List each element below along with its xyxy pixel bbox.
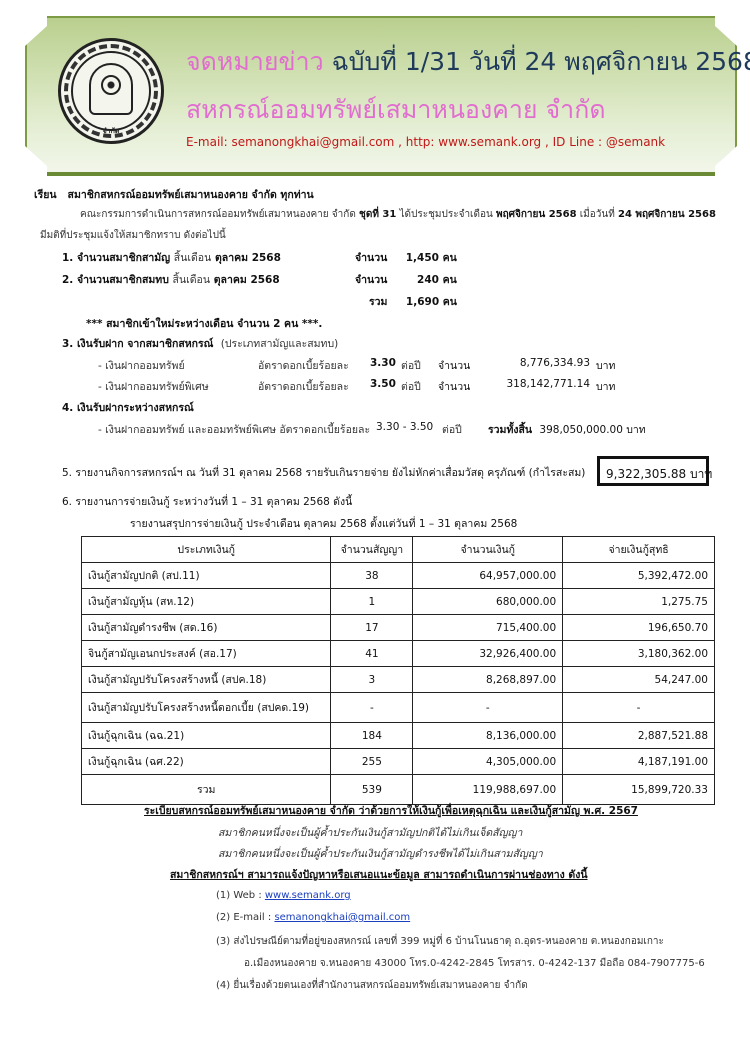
table-row: เงินกู้ฉุกเฉิน (ฉศ.22)2554,305,000.004,1…	[82, 749, 715, 775]
greeting: เรียน สมาชิกสหกรณ์ออมทรัพย์เสมาหนองคาย จ…	[34, 186, 314, 203]
net-paid-cell: 5,392,472.00	[563, 563, 715, 589]
table-row: เงินกู้สามัญดำรงชีพ (สด.16)17715,400.001…	[82, 615, 715, 641]
net-paid-cell: 1,275.75	[563, 589, 715, 615]
loan-type-cell: เงินกู้สามัญหุ้น (สห.12)	[82, 589, 331, 615]
loan-amount-cell: 32,926,400.00	[413, 641, 563, 667]
meeting-date: 24 พฤศจิกายน 2568	[618, 209, 716, 220]
contracts-cell: -	[331, 693, 413, 723]
column-header-loan-type: ประเภทเงินกู้	[82, 537, 331, 563]
inter-coop-total: รวมทั้งสิ้น 398,050,000.00 บาท	[488, 421, 646, 438]
count-value: 1,450	[391, 252, 439, 264]
loan-amount-cell: 8,268,897.00	[413, 667, 563, 693]
operating-report: 5. รายงานกิจการสหกรณ์ฯ ณ วันที่ 31 ตุลาค…	[62, 464, 585, 481]
intro-line-2: มีมติที่ประชุมแจ้งให้สมาชิกทราบ ดังต่อไป…	[40, 228, 226, 243]
intro-text: คณะกรรมการดำเนินการสหกรณ์ออมทรัพย์เสมาหน…	[80, 209, 356, 220]
total-label: รวม	[82, 775, 331, 805]
total-value: 1,690	[391, 296, 439, 308]
website-link[interactable]: www.semank.org	[265, 890, 351, 901]
title-prefix: จดหมายข่าว	[186, 47, 324, 76]
count-unit: คน	[443, 274, 457, 286]
loan-type-cell: เงินกู้ฉุกเฉิน (ฉศ.22)	[82, 749, 331, 775]
contracts-cell: 3	[331, 667, 413, 693]
contracts-cell: 38	[331, 563, 413, 589]
loan-amount-cell: 8,136,000.00	[413, 723, 563, 749]
net-paid-cell: 2,887,521.88	[563, 723, 715, 749]
intro-line-1: คณะกรรมการดำเนินการสหกรณ์ออมทรัพย์เสมาหน…	[80, 207, 716, 222]
member-label: 1. จำนวนสมาชิกสามัญ	[62, 252, 170, 264]
greeting-label: เรียน	[34, 189, 57, 201]
total-contracts: 539	[331, 775, 413, 805]
regulation-item: สมาชิกคนหนึ่งจะเป็นผู้ค้ำประกันเงินกู้สา…	[218, 845, 543, 862]
member-row-associate: 2. จำนวนสมาชิกสมทบ สิ้นเดือน ตุลาคม 2568	[62, 271, 280, 288]
member-count-regular: จำนวน 1,450 คน	[355, 249, 457, 266]
total-unit: คน	[443, 296, 457, 308]
inter-coop-heading: 4. เงินรับฝากระหว่างสหกรณ์	[62, 399, 194, 416]
accumulated-profit-box: 9,322,305.88 บาท	[597, 456, 709, 486]
contact-line: E-mail: semanongkhai@gmail.com , http: w…	[186, 135, 665, 149]
contracts-cell: 255	[331, 749, 413, 775]
loan-amount-cell: 715,400.00	[413, 615, 563, 641]
table-row: เงินกู้สามัญหุ้น (สห.12)1680,000.001,275…	[82, 589, 715, 615]
deposit-per-year: ต่อปี	[401, 357, 421, 374]
column-header-net-paid: จ่ายเงินกู้สุทธิ	[563, 537, 715, 563]
inter-coop-rate: 3.30 - 3.50	[376, 421, 433, 433]
deposit-amount-label: จำนวน	[438, 378, 470, 395]
loan-type-cell: จินกู้สามัญเอนกประสงค์ (สอ.17)	[82, 641, 331, 667]
intro-text-2: ได้ประชุมประจำเดือน	[400, 209, 493, 220]
table-row: จินกู้สามัญเอนกประสงค์ (สอ.17)4132,926,4…	[82, 641, 715, 667]
board-number: ชุดที่ 31	[359, 209, 396, 220]
contact-mail-address: (3) ส่งไปรษณีย์ตามที่อยู่ของสหกรณ์ เลขที…	[216, 934, 664, 949]
inter-coop-total-value: 398,050,000.00 บาท	[539, 424, 645, 436]
inter-coop-per-year: ต่อปี	[442, 421, 462, 438]
table-row: เงินกู้สามัญปรับโครงสร้างหนี้ (สปค.18)38…	[82, 667, 715, 693]
loan-amount-cell: -	[413, 693, 563, 723]
member-row-regular: 1. จำนวนสมาชิกสามัญ สิ้นเดือน ตุลาคม 256…	[62, 249, 281, 266]
loan-type-cell: เงินกู้ฉุกเฉิน (ฉฉ.21)	[82, 723, 331, 749]
contracts-cell: 184	[331, 723, 413, 749]
deposit-per-year: ต่อปี	[401, 378, 421, 395]
column-header-loan-amount: จำนวนเงินกู้	[413, 537, 563, 563]
loan-type-cell: เงินกู้สามัญดำรงชีพ (สด.16)	[82, 615, 331, 641]
contact-email: (2) E-mail : semanongkhai@gmail.com	[216, 912, 410, 923]
greeting-recipient: สมาชิกสหกรณ์ออมทรัพย์เสมาหนองคาย จำกัด ท…	[68, 189, 314, 201]
member-label: 2. จำนวนสมาชิกสมทบ	[62, 274, 169, 286]
loans-subheading: รายงานสรุปการจ่ายเงินกู้ ประจำเดือน ตุลา…	[130, 515, 517, 532]
cooperative-seal-logo: จำกัด	[58, 38, 164, 144]
loan-amount-cell: 64,957,000.00	[413, 563, 563, 589]
net-paid-cell: 4,187,191.00	[563, 749, 715, 775]
count-unit: คน	[443, 252, 457, 264]
deposit-amount: 318,142,771.14	[486, 378, 590, 390]
new-members-note: *** สมาชิกเข้าใหม่ระหว่างเดือน จำนวน 2 ค…	[86, 315, 322, 332]
net-paid-cell: 3,180,362.00	[563, 641, 715, 667]
deposit-unit: บาท	[596, 378, 615, 395]
deposit-row-special: - เงินฝากออมทรัพย์พิเศษ	[98, 378, 209, 395]
total-loan-amount: 119,988,697.00	[413, 775, 563, 805]
net-paid-cell: -	[563, 693, 715, 723]
period: ตุลาคม 2568	[214, 274, 280, 286]
count-label: จำนวน	[355, 252, 387, 264]
deposit-amount-label: จำนวน	[438, 357, 470, 374]
deposit-rate-label: อัตราดอกเบี้ยร้อยละ	[258, 378, 349, 395]
contact-phone: อ.เมืองหนองคาย จ.หนองคาย 43000 โทร.0-424…	[244, 956, 705, 971]
regulation-item: สมาชิกคนหนึ่งจะเป็นผู้ค้ำประกันเงินกู้สา…	[218, 824, 522, 841]
contracts-cell: 17	[331, 615, 413, 641]
meeting-month: พฤศจิกายน 2568	[496, 209, 577, 220]
deposit-unit: บาท	[596, 357, 615, 374]
dharma-wheel-icon	[101, 75, 121, 95]
table-total-row: รวม 539 119,988,697.00 15,899,720.33	[82, 775, 715, 805]
email-link[interactable]: semanongkhai@gmail.com	[274, 912, 410, 923]
deposit-rate-label: อัตราดอกเบี้ยร้อยละ	[258, 357, 349, 374]
title-issue: ฉบับที่ 1/31 วันที่ 24 พฤศจิกายน 2568	[332, 47, 750, 76]
loan-amount-cell: 4,305,000.00	[413, 749, 563, 775]
loans-heading: 6. รายงานการจ่ายเงินกู้ ระหว่างวันที่ 1 …	[62, 493, 352, 510]
member-count-associate: จำนวน 240 คน	[355, 271, 457, 288]
contact-title: สมาชิกสหกรณ์ฯ สามารถแจ้งปัญหาหรือเสนอแนะ…	[170, 866, 588, 883]
period: ตุลาคม 2568	[215, 252, 281, 264]
inter-coop-total-label: รวมทั้งสิ้น	[488, 424, 532, 436]
net-paid-cell: 196,650.70	[563, 615, 715, 641]
contact-web: (1) Web : www.semank.org	[216, 890, 351, 901]
total-label: รวม	[369, 296, 387, 308]
contact-in-person: (4) ยื่นเรื่องด้วยตนเองที่สำนักงานสหกรณ์…	[216, 978, 528, 993]
organization-name: สหกรณ์ออมทรัพย์เสมาหนองคาย จำกัด	[186, 90, 606, 130]
deposits-heading: 3. เงินรับฝาก จากสมาชิกสหกรณ์ (ประเภทสาม…	[62, 335, 338, 352]
count-label: จำนวน	[355, 274, 387, 286]
newsletter-title: จดหมายข่าว ฉบับที่ 1/31 วันที่ 24 พฤศจิก…	[186, 42, 750, 82]
table-row: เงินกู้สามัญปรับโครงสร้างหนี้ดอกเบี้ย (ส…	[82, 693, 715, 723]
inter-coop-item: - เงินฝากออมทรัพย์ และออมทรัพย์พิเศษ อัต…	[98, 421, 370, 438]
total-net-paid: 15,899,720.33	[563, 775, 715, 805]
deposit-row-savings: - เงินฝากออมทรัพย์	[98, 357, 185, 374]
member-total: รวม 1,690 คน	[369, 293, 457, 310]
period-word: สิ้นเดือน	[173, 274, 210, 286]
table-row: เงินกู้สามัญปกติ (สป.11)3864,957,000.005…	[82, 563, 715, 589]
count-value: 240	[391, 274, 439, 286]
deposits-heading-note: (ประเภทสามัญและสมทบ)	[221, 338, 339, 350]
email-label: (2) E-mail :	[216, 912, 274, 923]
loan-summary-table: ประเภทเงินกู้ จำนวนสัญญา จำนวนเงินกู้ จ่…	[81, 536, 715, 805]
loan-amount-cell: 680,000.00	[413, 589, 563, 615]
deposit-rate: 3.30	[370, 357, 396, 369]
contracts-cell: 41	[331, 641, 413, 667]
deposit-amount: 8,776,334.93	[486, 357, 590, 369]
regulation-title: ระเบียบสหกรณ์ออมทรัพย์เสมาหนองคาย จำกัด …	[144, 802, 638, 819]
deposit-rate: 3.50	[370, 378, 396, 390]
loan-type-cell: เงินกู้สามัญปกติ (สป.11)	[82, 563, 331, 589]
column-header-contracts: จำนวนสัญญา	[331, 537, 413, 563]
loan-type-cell: เงินกู้สามัญปรับโครงสร้างหนี้ (สปค.18)	[82, 667, 331, 693]
web-label: (1) Web :	[216, 890, 265, 901]
net-paid-cell: 54,247.00	[563, 667, 715, 693]
contracts-cell: 1	[331, 589, 413, 615]
table-header-row: ประเภทเงินกู้ จำนวนสัญญา จำนวนเงินกู้ จ่…	[82, 537, 715, 563]
period-word: สิ้นเดือน	[174, 252, 211, 264]
loan-type-cell: เงินกู้สามัญปรับโครงสร้างหนี้ดอกเบี้ย (ส…	[82, 693, 331, 723]
deposits-heading-text: 3. เงินรับฝาก จากสมาชิกสหกรณ์	[62, 338, 213, 350]
intro-text-3: เมื่อวันที่	[580, 209, 615, 220]
table-row: เงินกู้ฉุกเฉิน (ฉฉ.21)1848,136,000.002,8…	[82, 723, 715, 749]
seal-label: จำกัด	[61, 126, 161, 137]
